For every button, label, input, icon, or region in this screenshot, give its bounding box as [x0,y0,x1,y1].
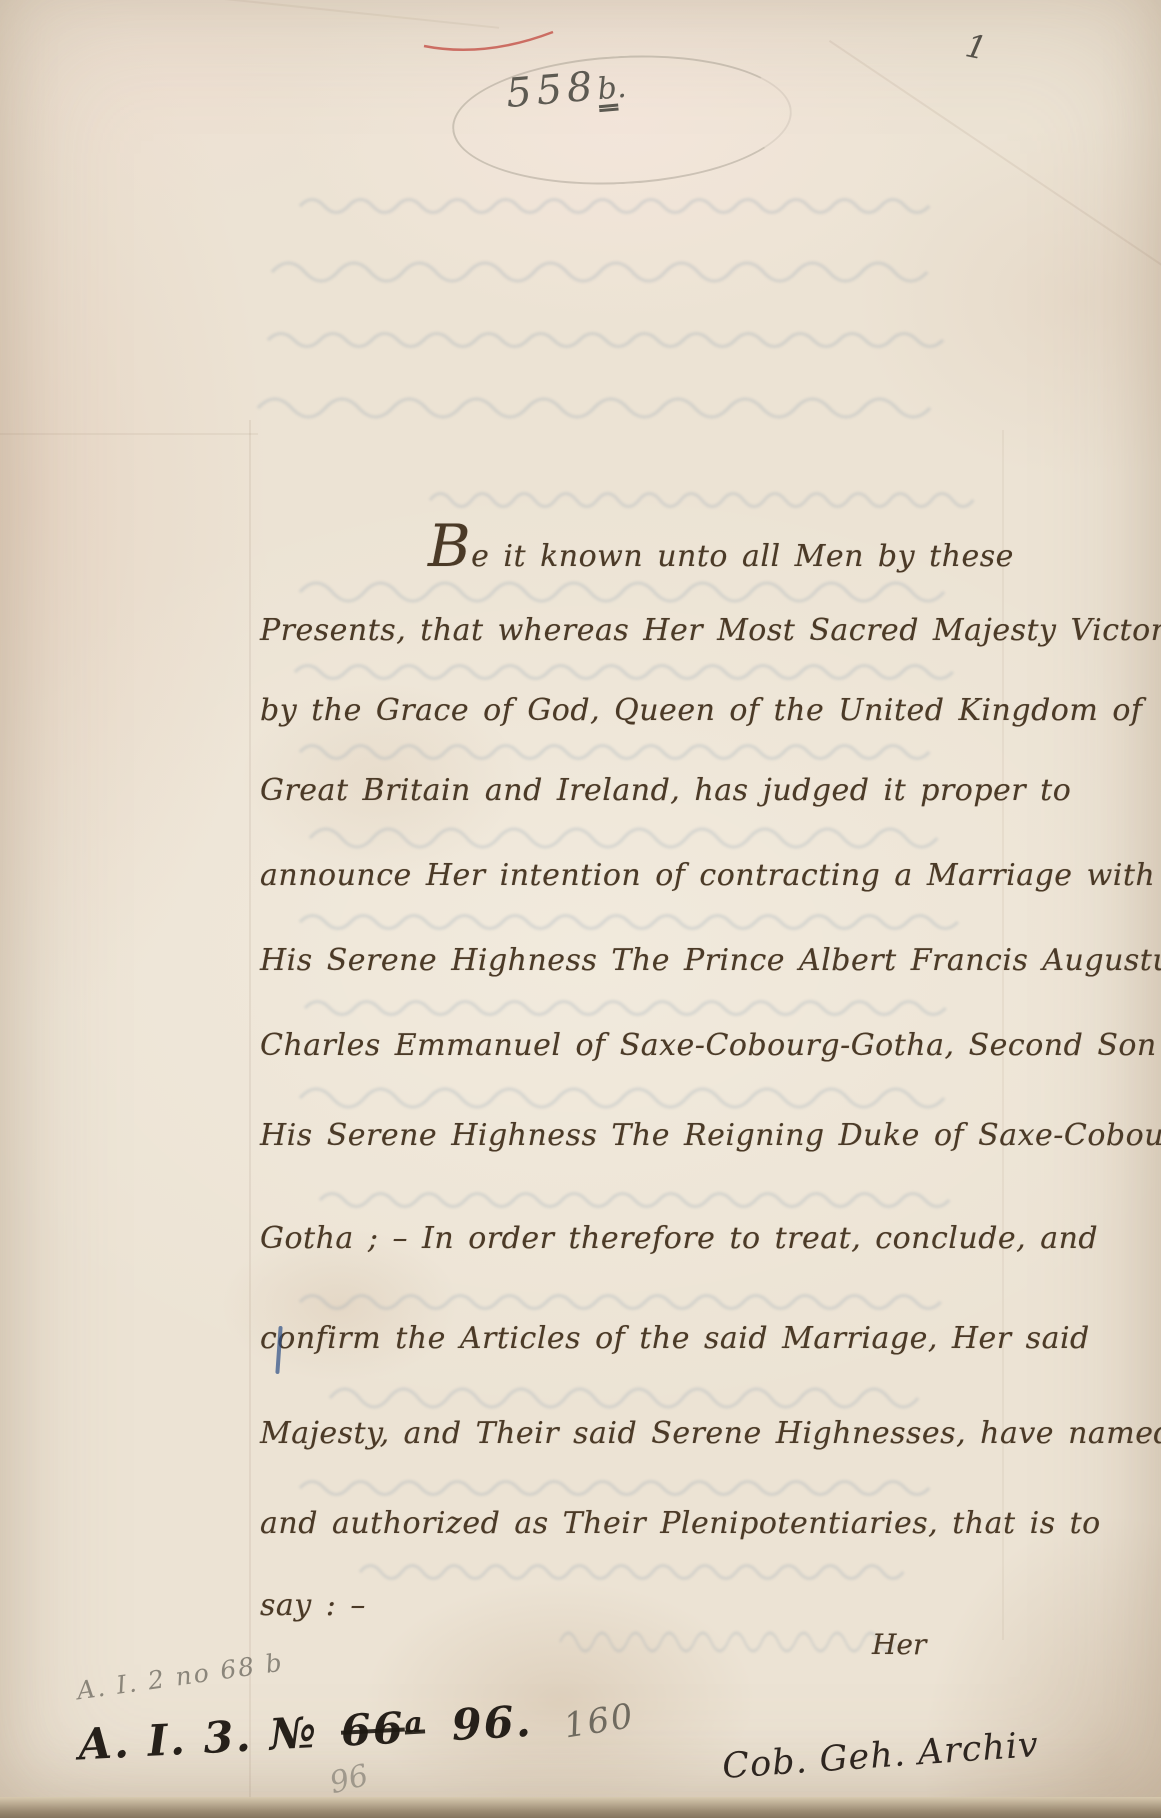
archive-shelfmark-number: 96. [450,1697,533,1751]
manuscript-line-9: Gotha ; – In order therefore to treat, c… [260,1221,990,1256]
archive-shelfmark-struck: 66a [340,1702,427,1756]
red-ink-mark [0,0,600,70]
manuscript-line-1: Be it known unto all Men by these [428,531,990,574]
bleedthrough-writing [0,0,1161,1818]
manuscript-line-4: Great Britain and Ireland, has judged it… [260,773,990,808]
manuscript-line-3: by the Grace of God, Queen of the United… [260,693,990,728]
manuscript-line-5: announce Her intention of contracting a … [260,858,990,893]
manuscript-line-8: His Serene Highness The Reigning Duke of… [260,1118,990,1153]
manuscript-line-7: Charles Emmanuel of Saxe-Cobourg-Gotha, … [260,1028,990,1063]
catchword: Her [872,1628,926,1661]
manuscript-line-12: and authorized as Their Plenipotentiarie… [260,1506,990,1541]
manuscript-line-2: Presents, that whereas Her Most Sacred M… [260,613,990,648]
manuscript-line-13: say : – [260,1588,366,1623]
manuscript-line-11: Majesty, and Their said Serene Highnesse… [260,1416,990,1451]
manuscript-line-6: His Serene Highness The Prince Albert Fr… [260,943,990,978]
manuscript-page: 558b. 1 Be it known unto all Men by thes… [0,0,1161,1818]
scan-edge [0,1797,1161,1818]
archive-shelfmark-pencil-number: 160 [561,1696,637,1747]
manuscript-line-10: confirm the Articles of the said Marriag… [260,1321,990,1356]
catalogue-number-main: 558 [504,63,599,117]
